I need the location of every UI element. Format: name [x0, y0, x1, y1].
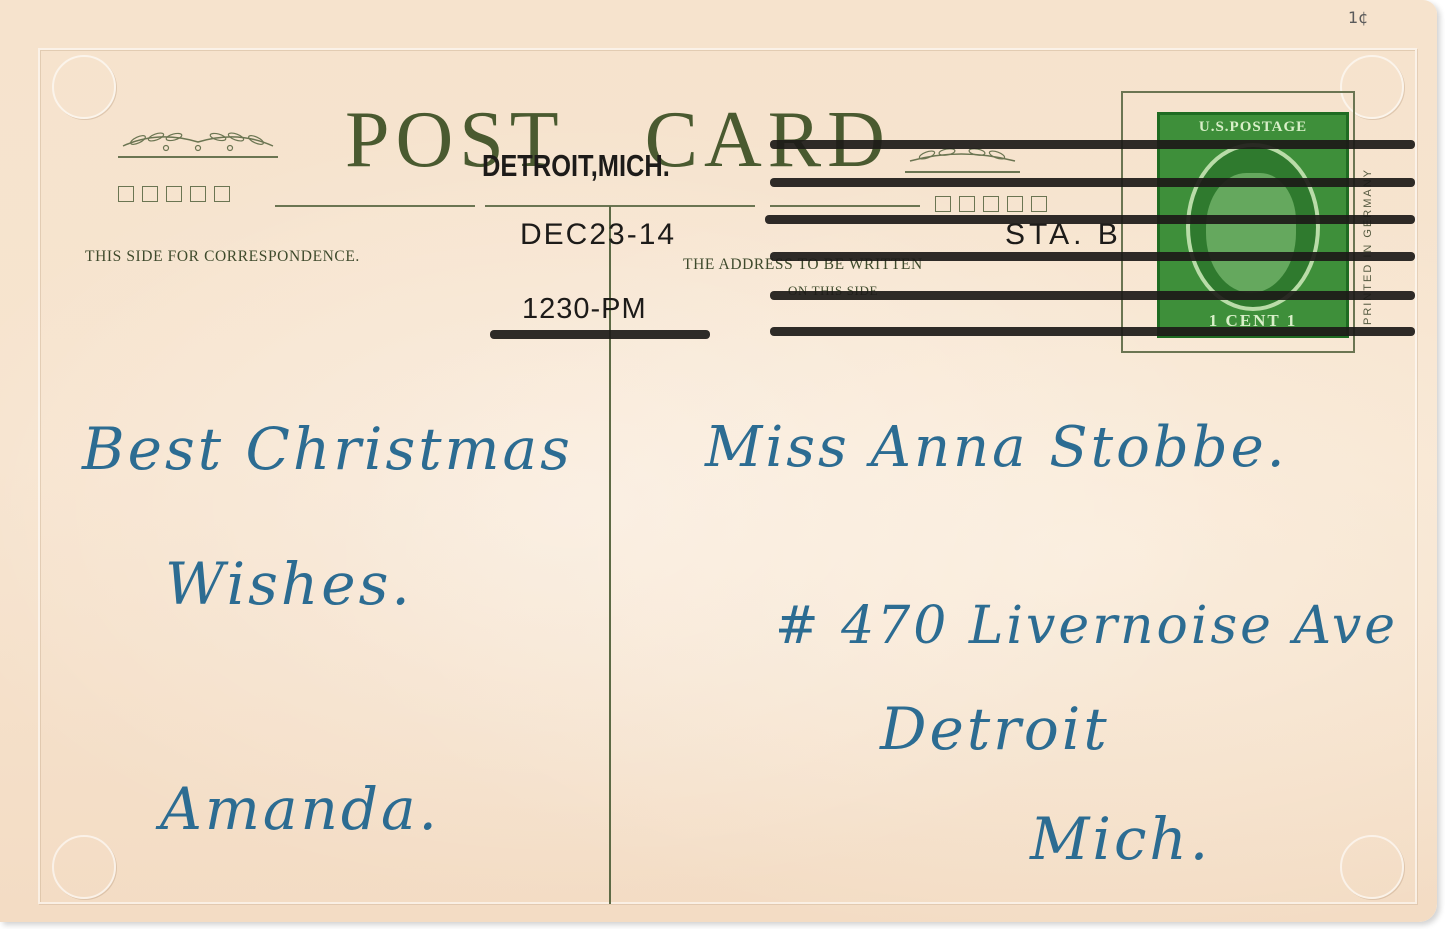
decorative-boxes-left [118, 186, 230, 202]
corner-scroll-ornament [1340, 835, 1404, 899]
printed-in-germany-note: PRINTED IN GERMANY [1362, 168, 1374, 325]
corner-scroll-ornament [52, 835, 116, 899]
decorative-boxes-right [935, 196, 1047, 212]
address-street: # 470 Livernoise Ave [775, 600, 1398, 652]
header-rule [275, 205, 475, 207]
postcard-back: 1¢ [0, 0, 1437, 922]
address-city: Detroit [880, 700, 1110, 758]
pencil-price-note: 1¢ [1348, 8, 1368, 27]
header-rule [485, 205, 755, 207]
washington-portrait-icon [1206, 173, 1296, 293]
message-signature: Amanda. [160, 780, 440, 838]
corner-scroll-ornament [52, 55, 116, 119]
postmark-date: DEC23-14 [520, 220, 676, 250]
address-state: Mich. [1030, 810, 1211, 868]
laurel-icon [118, 128, 278, 156]
address-name: Miss Anna Stobbe. [705, 420, 1288, 476]
header-rule [770, 205, 920, 207]
message-line-2: Wishes. [165, 555, 413, 613]
message-line-1: Best Christmas [82, 420, 573, 478]
laurel-ornament-left [118, 128, 278, 158]
postmark-station: STA. B [1005, 220, 1122, 250]
correspondence-label: THIS SIDE FOR CORRESPONDENCE. [85, 248, 360, 266]
postmark-city: DETROIT,MICH. [482, 150, 670, 181]
stamp-top-text: U.S.POSTAGE [1160, 119, 1346, 136]
postmark-time: 1230-PM [522, 295, 647, 324]
